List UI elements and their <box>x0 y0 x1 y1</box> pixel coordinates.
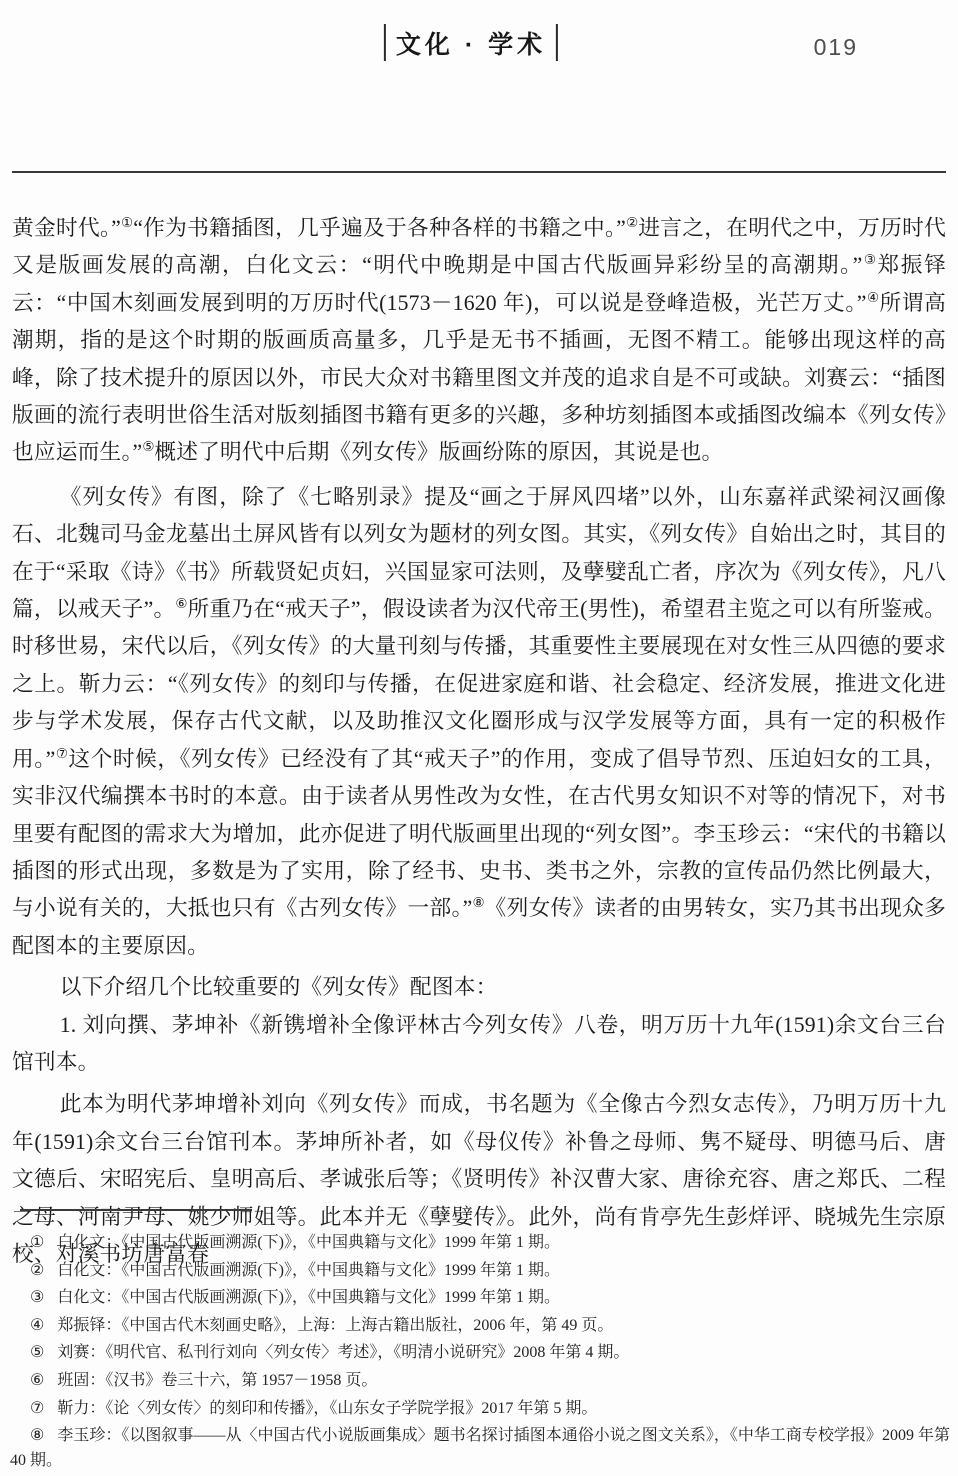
page-number: 019 <box>814 34 858 61</box>
footnote-text: 白化文：《中国古代版画溯源(下)》，《中国典籍与文化》1999 年第 1 期。 <box>57 1289 560 1306</box>
footnote-list: ①白化文：《中国古代版画溯源(下)》，《中国典籍与文化》1999 年第 1 期。… <box>10 1231 950 1476</box>
footnote-item: ①白化文：《中国古代版画溯源(下)》，《中国典籍与文化》1999 年第 1 期。 <box>10 1231 950 1256</box>
footnote-number: ① <box>30 1234 44 1251</box>
document-page: 文化 · 学术 019 黄金时代。”①“作为书籍插图，几乎遍及于各种各样的书籍之… <box>0 0 958 1476</box>
section-header: 文化 · 学术 <box>384 24 558 61</box>
header-right-bar-icon <box>556 24 558 61</box>
header-divider <box>12 171 946 173</box>
footnote-number: ④ <box>30 1317 44 1334</box>
footnote-item: ③白化文：《中国古代版画溯源(下)》，《中国典籍与文化》1999 年第 1 期。 <box>10 1286 950 1311</box>
footnote-item: ⑧李玉珍：《以图叙事——从〈中国古代小说版画集成〉题书名探讨插图本通俗小说之图文… <box>10 1424 950 1473</box>
footnote-text: 刘赛：《明代官、私刊行刘向〈列女传〉考述》，《明清小说研究》2008 年第 4 … <box>57 1344 629 1361</box>
footnote-item: ⑦靳力：《论〈列女传〉的刻印和传播》，《山东女子学院学报》2017 年第 5 期… <box>10 1397 950 1422</box>
footnote-text: 李玉珍：《以图叙事——从〈中国古代小说版画集成〉题书名探讨插图本通俗小说之图文关… <box>10 1427 950 1469</box>
footnote-item: ②白化文：《中国古代版画溯源(下)》，《中国典籍与文化》1999 年第 1 期。 <box>10 1259 950 1284</box>
footnote-item: ⑤刘赛：《明代官、私刊行刘向〈列女传〉考述》，《明清小说研究》2008 年第 4… <box>10 1341 950 1366</box>
footnote-text: 白化文：《中国古代版画溯源(下)》，《中国典籍与文化》1999 年第 1 期。 <box>57 1234 560 1251</box>
footnote-number: ⑤ <box>30 1344 44 1361</box>
footnote-number: ⑥ <box>30 1372 44 1389</box>
footnote-text: 郑振铎：《中国古代木刻画史略》，上海：上海古籍出版社，2006 年，第 49 页… <box>57 1317 613 1334</box>
footnote-number: ③ <box>30 1289 44 1306</box>
footnote-divider <box>20 1209 252 1211</box>
body-paragraph-3: 以下介绍几个比较重要的《列女传》配图本： <box>12 969 946 1006</box>
body-paragraph-2: 《列女传》有图，除了《七略别录》提及“画之于屏风四堵”以外，山东嘉祥武梁祠汉画像… <box>12 479 946 965</box>
footnote-item: ⑥班固：《汉书》卷三十六，第 1957－1958 页。 <box>10 1369 950 1394</box>
body-paragraph-1: 黄金时代。”①“作为书籍插图，几乎遍及于各种各样的书籍之中。”②进言之，在明代之… <box>12 210 946 472</box>
footnote-number: ② <box>30 1262 44 1279</box>
footnote-text: 班固：《汉书》卷三十六，第 1957－1958 页。 <box>57 1372 377 1389</box>
footnote-number: ⑦ <box>30 1400 44 1417</box>
footnote-number: ⑧ <box>30 1427 44 1444</box>
footnote-text: 靳力：《论〈列女传〉的刻印和传播》，《山东女子学院学报》2017 年第 5 期。 <box>57 1400 597 1417</box>
section-title: 文化 · 学术 <box>386 25 556 61</box>
footnote-item: ④郑振铎：《中国古代木刻画史略》，上海：上海古籍出版社，2006 年，第 49 … <box>10 1314 950 1339</box>
footnote-text: 白化文：《中国古代版画溯源(下)》，《中国典籍与文化》1999 年第 1 期。 <box>57 1262 560 1279</box>
article-body: 黄金时代。”①“作为书籍插图，几乎遍及于各种各样的书籍之中。”②进言之，在明代之… <box>12 210 946 1273</box>
body-paragraph-4: 1. 刘向撰、茅坤补《新镌增补全像评林古今列女传》八卷，明万历十九年(1591)… <box>12 1007 946 1082</box>
